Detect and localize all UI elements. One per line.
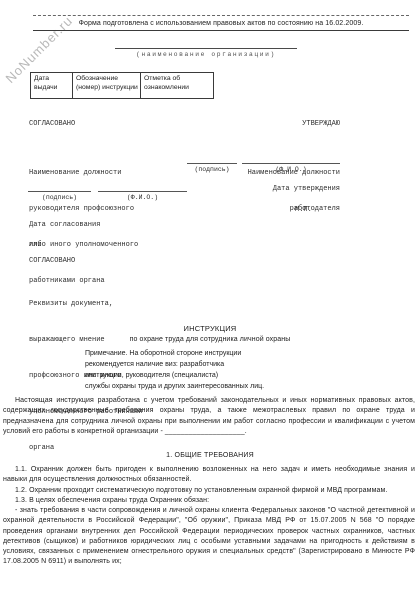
clause-1-3-item: - знать требования в части сопровождения… xyxy=(3,506,415,568)
employer-position-line: работодателя xyxy=(200,203,340,215)
intro-paragraph: Настоящая инструкция разработана с учето… xyxy=(3,396,415,437)
organization-name-caption: (наименование организации) xyxy=(103,51,309,58)
organization-name-blank xyxy=(115,38,297,49)
union-position-line: Наименование должности xyxy=(29,167,138,179)
col-acknowledgement-mark: Отметка об ознакомлении xyxy=(141,73,214,99)
document-page: NoNumber.ru Форма подготовлена с использ… xyxy=(0,0,420,600)
signature-caption: (подпись) xyxy=(28,194,91,201)
agreement-date-label: Дата согласования xyxy=(29,219,100,231)
section-1-body: 1.1. Охранник должен быть пригоден к вып… xyxy=(3,465,415,568)
employer-signature-blank xyxy=(187,155,237,164)
signature-caption: (подпись) xyxy=(187,166,237,173)
intro-paragraph-block: Настоящая инструкция разработана с учето… xyxy=(3,396,415,437)
note-line: службы охраны труда и других заинтересов… xyxy=(85,382,345,393)
note-line: инструкции, руководителя (специалиста) xyxy=(85,371,345,382)
col-instruction-number: Обозначение (номер) инструкции xyxy=(73,73,141,99)
stamp-place-label: М.П. xyxy=(295,204,312,216)
approval-date-label: Дата утверждения xyxy=(200,183,340,195)
clause-1-3: 1.3. В целях обеспечения охраны труда Ох… xyxy=(3,496,415,506)
fullname-caption: (Ф.И.О.) xyxy=(242,166,340,173)
requisites-line: Реквизиты документа, xyxy=(29,298,142,310)
clause-1-2: 1.2. Охранник проходит систематическую п… xyxy=(3,486,415,496)
document-title: ИНСТРУКЦИЯ xyxy=(0,324,420,333)
union-position-line: руководителя профсоюзного xyxy=(29,203,138,215)
note-line: Примечание. На оборотной стороне инструк… xyxy=(85,349,345,360)
col-issue-date: Дата выдачи xyxy=(31,73,73,99)
or-label: или xyxy=(29,239,42,251)
union-position-line: либо иного уполномоченного xyxy=(29,239,138,251)
union-name-blank xyxy=(98,183,187,192)
section-1-heading: 1. ОБЩИЕ ТРЕБОВАНИЯ xyxy=(0,452,420,459)
note-block: Примечание. На оборотной стороне инструк… xyxy=(85,349,345,393)
table-header-row: Дата выдачи Обозначение (номер) инструкц… xyxy=(31,73,214,99)
clause-1-1: 1.1. Охранник должен быть пригоден к вып… xyxy=(3,465,415,486)
agreed-label: СОГЛАСОВАНО xyxy=(29,118,75,130)
instruction-register-table: Дата выдачи Обозначение (номер) инструкц… xyxy=(30,72,214,99)
note-line: рекомендуется наличие виз: разработчика xyxy=(85,360,345,371)
fullname-caption: (Ф.И.О.) xyxy=(98,194,187,201)
document-subtitle: по охране труда для сотрудника личной ох… xyxy=(0,336,420,343)
union-signature-blank xyxy=(28,183,91,192)
approved-label: УТВЕРЖДАЮ xyxy=(200,118,340,130)
employer-name-blank xyxy=(242,155,340,164)
form-prepared-notice: Форма подготовлена с использованием прав… xyxy=(33,15,409,31)
agreed-label-second: СОГЛАСОВАНО xyxy=(29,255,75,267)
